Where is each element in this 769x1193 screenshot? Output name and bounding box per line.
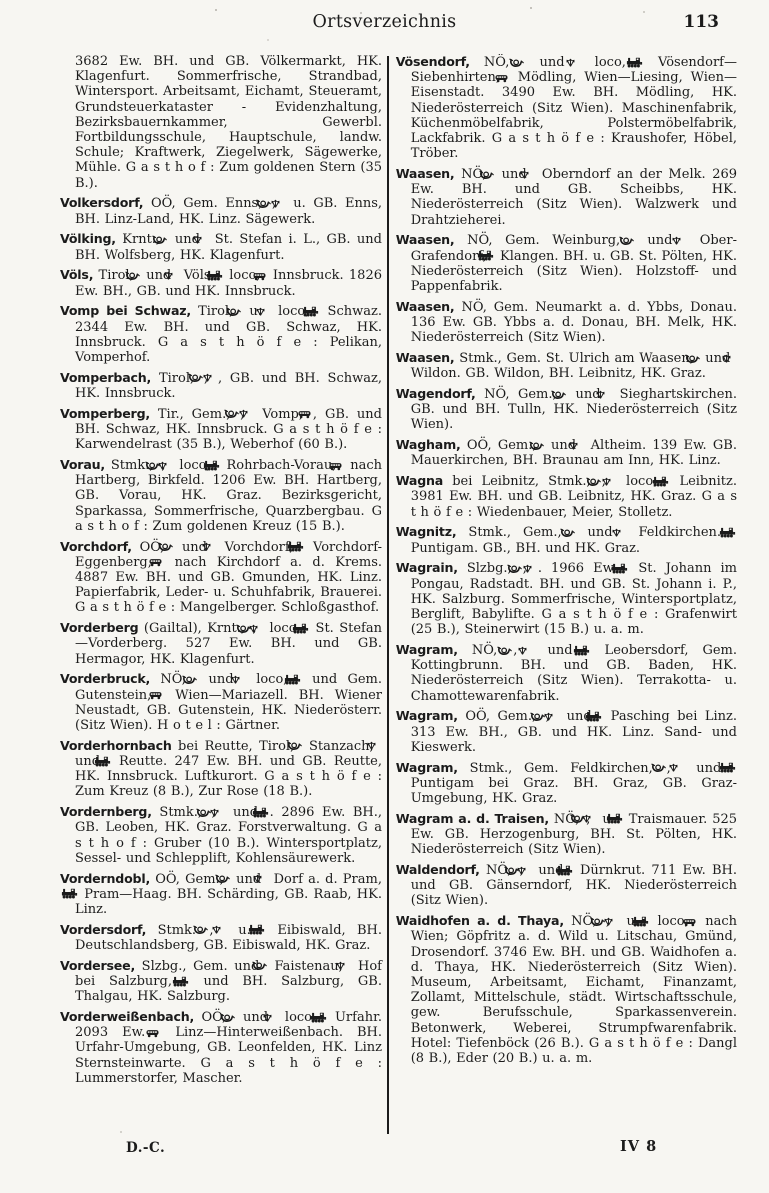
- gazetteer-entry: Volkersdorf, OÖ, Gem. Enns, , u. GB. Enn…: [60, 195, 382, 226]
- gazetteer-entry: Wagram a. d. Traisen, NÖ, , u. Traismaue…: [396, 811, 737, 858]
- gazetteer-entry: Wagram, NÖ, , und Leobersdorf, Gem. Kott…: [396, 642, 737, 704]
- gazetteer-entry: Vomperbach, Tirol, , , GB. und BH. Schwa…: [60, 370, 382, 401]
- gazetteer-entry: Wagram, Stmk., Gem. Feldkirchen, , und P…: [396, 760, 737, 807]
- gazetteer-entry: Vorderweißenbach, OÖ, und loco, Urfahr. …: [60, 1009, 382, 1086]
- gazetteer-entry: Vomperberg, Tir., Gem., , Vomp, , GB. un…: [60, 406, 382, 453]
- entry-place-name: Waasen,: [396, 350, 455, 365]
- entry-place-name: Wagendorf,: [396, 386, 476, 401]
- entry-place-name: Vomp bei Schwaz,: [60, 303, 191, 318]
- gazetteer-entry: Völking, Krnt., und St. Stefan i. L., GB…: [60, 231, 382, 262]
- entry-place-name: Vorchdorf,: [60, 539, 132, 554]
- train-icon: [647, 914, 649, 929]
- train-icon: [218, 458, 220, 473]
- entry-place-name: Vorau,: [60, 457, 105, 472]
- train-icon: [734, 525, 736, 540]
- gazetteer-entry: Wagram, OÖ, Gem., , und Pasching bei Lin…: [396, 708, 737, 755]
- train-icon: [734, 761, 736, 776]
- gazetteer-entry: Waasen, Stmk., Gem. St. Ulrich am Waasen…: [396, 350, 737, 381]
- entry-place-name: Vomperberg,: [60, 406, 150, 421]
- entry-place-name: Wagram,: [396, 760, 458, 775]
- entry-place-name: Vorderndobl,: [60, 871, 150, 886]
- train-icon: [299, 672, 301, 687]
- entry-place-name: Waasen,: [396, 166, 455, 181]
- entry-place-name: Vordernberg,: [60, 804, 152, 819]
- entry-place-name: Waasen,: [396, 232, 455, 247]
- gazetteer-entry: Vomp bei Schwaz, Tirol, u. loco, Schwaz.…: [60, 303, 382, 365]
- gazetteer-entry: Waldendorf, NÖ, , und Dürnkrut. 711 Ew. …: [396, 862, 737, 909]
- train-icon: [600, 709, 602, 724]
- train-icon: [187, 974, 189, 989]
- train-icon: [221, 268, 223, 283]
- gazetteer-entry: Wagrain, Slzbg., , . 1966 Ew. St. Johann…: [396, 560, 737, 637]
- train-icon: [621, 812, 623, 827]
- train-icon: [667, 474, 669, 489]
- gazetteer-entry-continuation: 3682 Ew. BH. und GB. Völkermarkt, HK. Kl…: [60, 54, 382, 191]
- gazetteer-entry: Vorchdorf, OÖ, und Vorchdorf, Vorchdorf-…: [60, 539, 382, 616]
- entry-place-name: Völs,: [60, 267, 93, 282]
- entry-place-name: Vorderweißenbach,: [60, 1009, 194, 1024]
- train-icon: [492, 249, 494, 264]
- gazetteer-entry: Vösendorf, NÖ, und loco, Vösendorf—Siebe…: [396, 54, 737, 161]
- entry-place-name: Vorderhornbach: [60, 738, 172, 753]
- entry-place-name: Waidhofen a. d. Thaya,: [396, 913, 564, 928]
- train-icon: [588, 643, 590, 658]
- gazetteer-entry: Vordersdorf, Stmk. , u. Eibiswald, BH. D…: [60, 922, 382, 953]
- gazetteer-entry: Waasen, NÖ, Gem. Weinburg, und Ober-Graf…: [396, 232, 737, 294]
- page-number: 113: [684, 12, 720, 32]
- train-icon: [263, 923, 265, 938]
- entry-place-name: Waasen,: [396, 299, 455, 314]
- left-column: 3682 Ew. BH. und GB. Völkermarkt, HK. Kl…: [60, 54, 382, 1136]
- train-icon: [302, 540, 304, 555]
- train-icon: [325, 1010, 327, 1025]
- gazetteer-entry: Vorau, Stmk., , loco, Rohrbach-Vorau, na…: [60, 457, 382, 534]
- right-column: Vösendorf, NÖ, und loco, Vösendorf—Siebe…: [396, 54, 737, 1136]
- train-icon: [307, 621, 309, 636]
- footer-volume-mark: D.-C.: [126, 1140, 165, 1156]
- column-divider: [387, 56, 389, 1134]
- gazetteer-entry: Vorderberg (Gailtal), Krnt., , loco, St.…: [60, 620, 382, 667]
- gazetteer-entry: Vorderhornbach bei Reutte, Tirol, Stanza…: [60, 738, 382, 800]
- gazetteer-entry: Vorderndobl, OÖ, Gem., und Dorf a. d. Pr…: [60, 871, 382, 918]
- page-title: Ortsverzeichnis: [0, 12, 769, 32]
- entry-place-name: Volkersdorf,: [60, 195, 143, 210]
- entry-place-name: Wagram,: [396, 642, 458, 657]
- entry-place-name: Vordersee,: [60, 958, 135, 973]
- train-icon: [571, 863, 573, 878]
- entry-place-name: Vorderbruck,: [60, 671, 150, 686]
- train-icon: [317, 304, 319, 319]
- gazetteer-entry: Wagna bei Leibnitz, Stmk., , loco, Leibn…: [396, 473, 737, 520]
- entry-place-name: Wagrain,: [396, 560, 458, 575]
- entry-place-name: Wagram,: [396, 708, 458, 723]
- gazetteer-entry: Wagendorf, NÖ, Gem., und Sieghartskirche…: [396, 386, 737, 433]
- gazetteer-entry: Waidhofen a. d. Thaya, NÖ, , u. loco, na…: [396, 913, 737, 1066]
- gazetteer-entry: Vordersee, Slzbg., Gem. und Faistenau, H…: [60, 958, 382, 1005]
- page-header: Ortsverzeichnis 113: [0, 12, 769, 38]
- gazetteer-entry: Waasen, NÖ, Gem. Neumarkt a. d. Ybbs, Do…: [396, 299, 737, 346]
- gazetteer-entry: Wagham, OÖ, Gem., und Altheim. 139 Ew. G…: [396, 437, 737, 468]
- train-icon: [626, 561, 628, 576]
- gazetteer-entry: Wagnitz, Stmk., Gem., und Feldkirchen. P…: [396, 524, 737, 555]
- train-icon: [641, 55, 643, 70]
- entry-place-name: Völking,: [60, 231, 116, 246]
- gazetteer-entry: Vordernberg, Stmk., , und . 2896 Ew. BH.…: [60, 804, 382, 866]
- gazetteer-entry: Völs, Tirol, und Völs, loco, Innsbruck. …: [60, 267, 382, 298]
- entry-place-name: Vorderberg: [60, 620, 138, 635]
- entry-place-name: Wagnitz,: [396, 524, 457, 539]
- entry-place-name: Vösendorf,: [396, 54, 470, 69]
- directory-page: Ortsverzeichnis 113 3682 Ew. BH. und GB.…: [0, 0, 769, 1193]
- entry-place-name: Waldendorf,: [396, 862, 480, 877]
- entry-place-name: Vordersdorf,: [60, 922, 146, 937]
- entry-place-name: Wagham,: [396, 437, 461, 452]
- train-icon: [109, 754, 111, 769]
- entry-place-name: Wagram a. d. Traisen,: [396, 811, 549, 826]
- entry-place-name: Vomperbach,: [60, 370, 151, 385]
- train-icon: [267, 805, 269, 820]
- footer-sheet-mark: IV 8: [620, 1138, 657, 1155]
- gazetteer-entry: Waasen, NÖ, und Oberndorf an der Melk. 2…: [396, 166, 737, 228]
- gazetteer-entry: Vorderbruck, NÖ, und loco, und Gem. Gute…: [60, 671, 382, 733]
- text-columns: 3682 Ew. BH. und GB. Völkermarkt, HK. Kl…: [60, 54, 737, 1136]
- train-icon: [76, 887, 78, 902]
- scan-speckles: [215, 9, 217, 11]
- entry-place-name: Wagna: [396, 473, 443, 488]
